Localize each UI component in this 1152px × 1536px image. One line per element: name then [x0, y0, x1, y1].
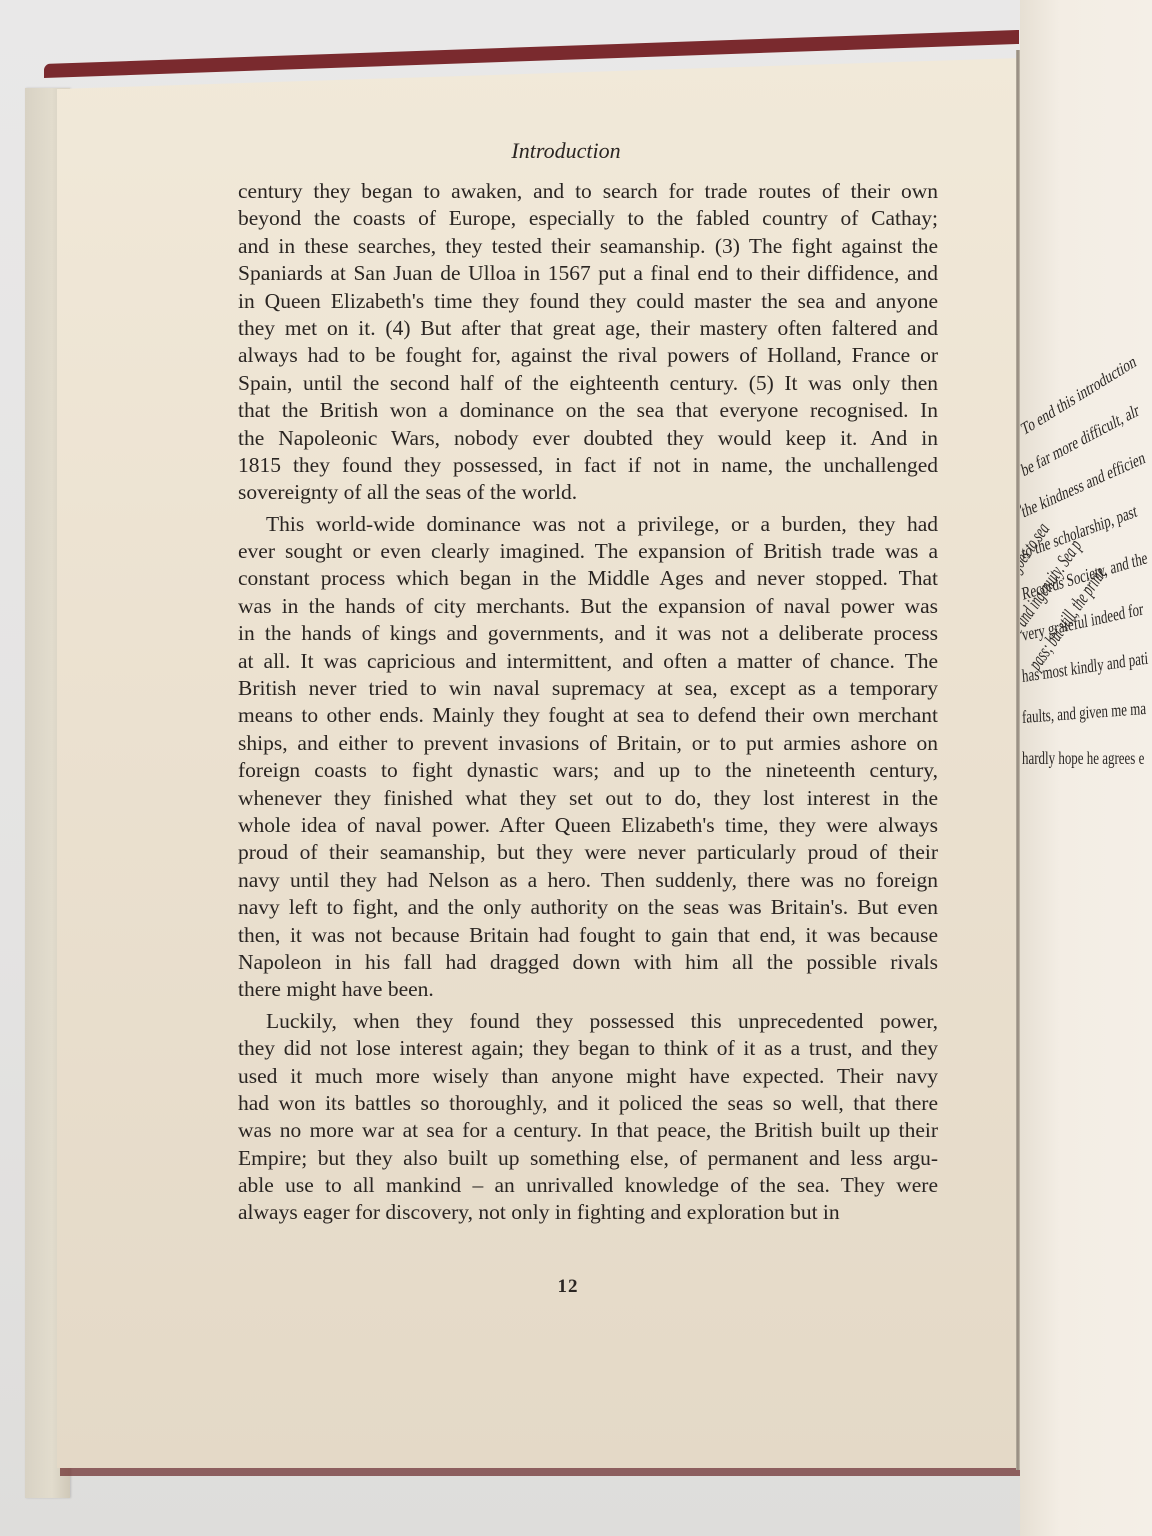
text-line: Empire; but they also built up something…	[238, 1145, 938, 1172]
text-line: Napoleon in his fall had dragged down wi…	[238, 949, 938, 976]
text-line: Luckily, when they found they possessed …	[238, 1008, 938, 1035]
text-line: there might have been.	[238, 976, 938, 1003]
text-line: ships, and either to prevent invasions o…	[238, 730, 938, 757]
text-line: proud of their seamanship, but they were…	[238, 839, 938, 866]
facing-page: surveying, navigation, astconstruction a…	[1020, 0, 1152, 1536]
text-line: This world-wide dominance was not a priv…	[238, 511, 938, 538]
text-line: able use to all mankind – an unrivalled …	[238, 1172, 938, 1199]
text-line: whenever they finished what they set out…	[238, 785, 938, 812]
text-line: that the British won a dominance on the …	[238, 397, 938, 424]
text-line: Spain, until the second half of the eigh…	[238, 370, 938, 397]
text-line: foreign coasts to fight dynastic wars; a…	[238, 757, 938, 784]
text-line: at all. It was capricious and intermitte…	[238, 648, 938, 675]
text-line: constant process which began in the Midd…	[238, 565, 938, 592]
text-line: whole idea of naval power. After Queen E…	[238, 812, 938, 839]
text-line: always eager for discovery, not only in …	[238, 1199, 938, 1226]
text-line: was in the hands of city merchants. But …	[238, 593, 938, 620]
text-line: they met on it. (4) But after that great…	[238, 315, 938, 342]
facing-page-lower-text: To end this introductionbe far more diff…	[1022, 410, 1152, 779]
text-line: was no more war at sea for a century. In…	[238, 1117, 938, 1144]
text-line: navy until they had Nelson as a hero. Th…	[238, 867, 938, 894]
text-line: then, it was not because Britain had fou…	[238, 922, 938, 949]
text-line: and in these searches, they tested their…	[238, 233, 938, 260]
text-line: ever sought or even clearly imagined. Th…	[238, 538, 938, 565]
text-line: used it much more wisely than anyone mig…	[238, 1063, 938, 1090]
body-text: century they began to awaken, and to sea…	[238, 178, 938, 1227]
text-line: always had to be fought for, against the…	[238, 342, 938, 369]
text-line: beyond the coasts of Europe, especially …	[238, 205, 938, 232]
text-line: navy left to fight, and the only authori…	[238, 894, 938, 921]
page-number-text: 12	[558, 1276, 579, 1297]
facing-text-line: hardly hope he agrees e	[1022, 738, 1152, 779]
text-line: sovereignty of all the seas of the world…	[238, 479, 938, 506]
running-head-text: Introduction	[511, 138, 620, 163]
text-line: had won its battles so thoroughly, and i…	[238, 1090, 938, 1117]
book-cover-bottom-edge	[60, 1468, 1020, 1476]
page-number: 12	[0, 1276, 1152, 1298]
text-line: British never tried to win naval suprema…	[238, 675, 938, 702]
text-line: century they began to awaken, and to sea…	[238, 178, 938, 205]
text-line: Spaniards at San Juan de Ulloa in 1567 p…	[238, 260, 938, 287]
text-line: they did not lose interest again; they b…	[238, 1035, 938, 1062]
text-line: in Queen Elizabeth's time they found the…	[238, 288, 938, 315]
text-line: 1815 they found they possessed, in fact …	[238, 452, 938, 479]
running-head: Introduction	[0, 138, 1152, 164]
text-line: the Napoleonic Wars, nobody ever doubted…	[238, 425, 938, 452]
text-line: in the hands of kings and governments, a…	[238, 620, 938, 647]
text-line: means to other ends. Mainly they fought …	[238, 702, 938, 729]
